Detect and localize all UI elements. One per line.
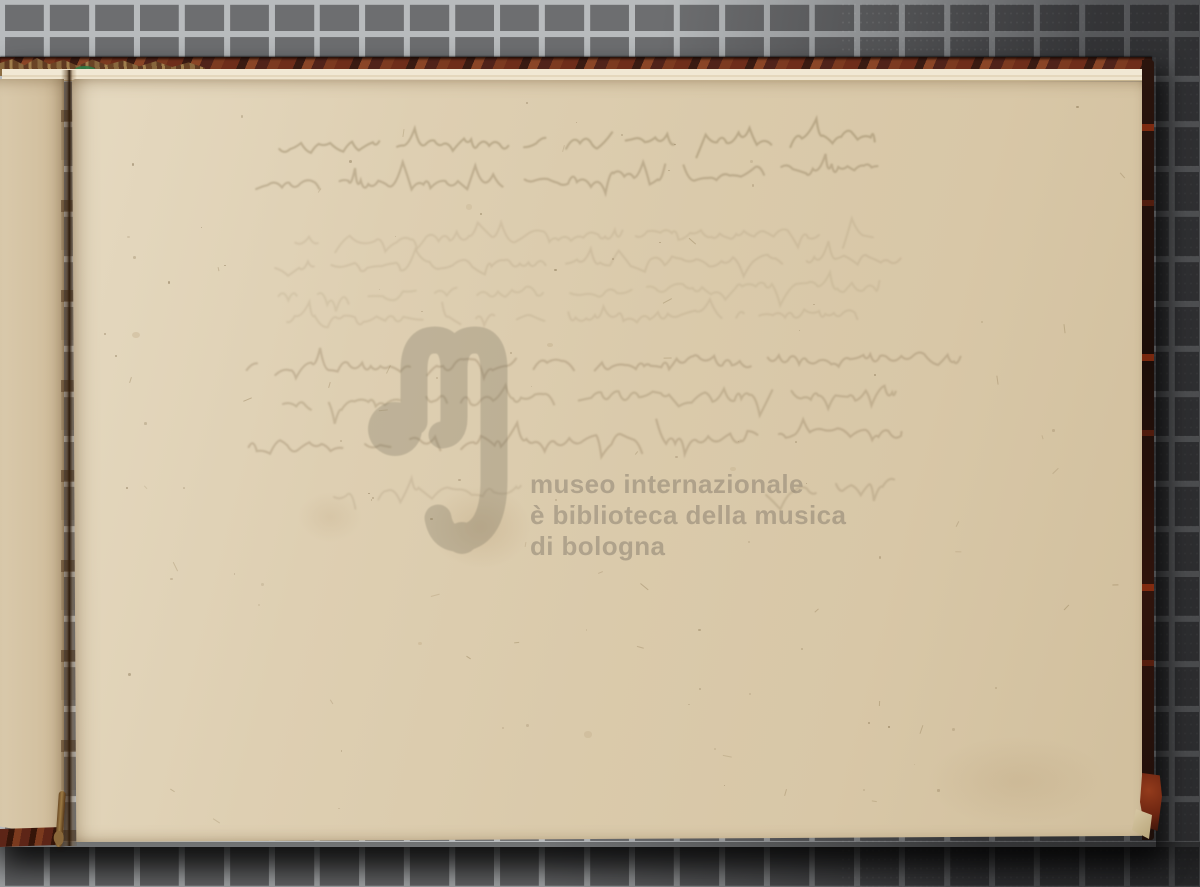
watermark-line-1: museo internazionale <box>530 469 846 500</box>
recto-page: museo internazionale è biblioteca della … <box>72 79 1146 842</box>
page-edge-stack <box>2 69 1150 81</box>
ink-showthrough <box>72 79 1146 842</box>
watermark-line-3: di bologna <box>530 531 846 562</box>
museum-watermark-logo <box>368 322 516 570</box>
left-page-edge <box>0 79 64 834</box>
book-cover-right-edge <box>1142 60 1154 840</box>
museum-watermark-text: museo internazionale è biblioteca della … <box>530 469 846 562</box>
manuscript-book: museo internazionale è biblioteca della … <box>0 57 1156 847</box>
photo-stage: museo internazionale è biblioteca della … <box>0 0 1200 887</box>
watermark-line-2: è biblioteca della musica <box>530 500 846 531</box>
grid-bottom-shadow <box>0 842 1200 887</box>
